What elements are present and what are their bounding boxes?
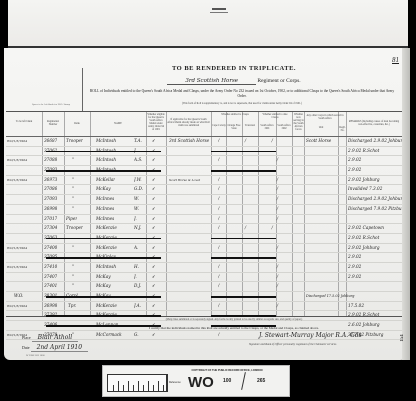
table-row: 37095 McKinlay ✓ 2.9.02 <box>6 253 402 263</box>
row-number: 36973 <box>44 176 57 185</box>
row-number: 36998 <box>44 205 57 214</box>
row-number: 37410 <box>44 263 57 272</box>
place-line: Place Blair Atholl <box>22 334 78 341</box>
row-number: 37401 <box>44 282 57 291</box>
place-value: Blair Atholl <box>32 334 79 342</box>
header-regimental-number: Regimental Number <box>43 120 63 126</box>
row-name: McInnes <box>96 215 114 224</box>
certification-text: I certify that the individuals named in … <box>84 326 384 330</box>
officer-signature: J. Stewart-Murray Major R.A. Gds <box>259 332 362 339</box>
row-number: 37400 <box>44 244 57 253</box>
roll-description: ROLL of Individuals entitled to the Quee… <box>86 89 398 99</box>
table-row: 37062 McIntosh J. ✓ 2.9.02 R.Schot <box>6 147 402 157</box>
row-rank: " <box>72 185 74 194</box>
archive-reference-strip: COPYRIGHT OF THE PUBLIC RECORD OFFICE, L… <box>102 365 290 397</box>
regiment-name: 3rd Scottish Horse <box>167 78 256 85</box>
row-clasps: / / <box>218 273 288 282</box>
row-note: WO/1/3/1904 <box>7 137 41 146</box>
row-number: 37407 <box>44 273 57 282</box>
roll-table: To be left blank Regimental Number Rank … <box>6 111 402 317</box>
row-remarks: 17.5.02 <box>348 302 402 311</box>
strikethrough-line <box>211 170 276 172</box>
row-note: WO/1/3/1904 <box>7 263 41 272</box>
row-remarks: 2.9.02 <box>348 156 402 165</box>
row-remarks: 2.9.02 <box>348 166 402 175</box>
strikethrough-line <box>46 257 161 259</box>
table-header: To be left blank Regimental Number Rank … <box>6 112 402 137</box>
row-remarks: Discharged 7.9.02 Pitzburg <box>348 205 402 214</box>
row-remarks: Invalided 7.3.02 <box>348 185 402 194</box>
table-row: 36998 " McInnes W. ✓ / / Discharged 7.9.… <box>6 205 402 215</box>
header-group-clasps: Whether entitled to Clasps <box>212 113 258 116</box>
page-stamp-number: 151 <box>400 334 405 342</box>
table-row: WO/1/3/1904 36998 Tpr. McKenzie J.A. ✓ /… <box>6 302 402 312</box>
row-remarks: 2.9.02 R.Schot <box>348 234 402 243</box>
row-rank: " <box>72 176 74 185</box>
row-note: WO/1/3/1904 <box>7 176 41 185</box>
header-sa-1901: South Africa 1901 <box>259 124 275 130</box>
sheet-mark <box>212 8 226 10</box>
row-rank: " <box>72 282 74 291</box>
row-remarks: 2.9.02 R.Schot <box>348 147 402 156</box>
page-edge <box>402 48 410 360</box>
row-clasps: / / / <box>218 224 288 233</box>
document-title: TO BE RENDERED IN TRIPLICATE. <box>84 65 384 72</box>
row-clasps: / / <box>218 205 288 214</box>
row-number: 37304 <box>44 224 57 233</box>
row-initials: A. <box>134 244 138 253</box>
row-eligible-tick: ✓ <box>152 273 156 282</box>
row-remarks: 2.9.02 <box>348 263 402 272</box>
row-name: McIntosh <box>96 156 116 165</box>
row-initials: G.D. <box>134 185 143 194</box>
table-row: WO/1/3/1904 36973 " McKellar J.W. ✓ Scot… <box>6 176 402 186</box>
copyright-header: COPYRIGHT OF THE PUBLIC RECORD OFFICE, L… <box>167 369 287 372</box>
row-number: 37093 <box>44 195 57 204</box>
row-eligible-tick: ✓ <box>152 215 156 224</box>
row-initials: H. <box>134 263 139 272</box>
row-initials: W. <box>134 205 139 214</box>
row-note: W.O. <box>14 292 23 301</box>
table-row: 37093 McIntosh ✓ 2.9.02 <box>6 166 402 176</box>
table-row: WO/1/3/1904 37400 " McKenzie A. ✓ / / 2.… <box>6 244 402 254</box>
row-eligible-tick: ✓ <box>152 205 156 214</box>
row-note: WO/1/3/1904 <box>7 302 41 311</box>
row-initials: J. <box>134 273 137 282</box>
reference-label: Reference: <box>169 381 181 384</box>
row-rank: Tpr. <box>68 302 76 311</box>
footer-note: (Many lines submitted or in separately s… <box>84 318 384 321</box>
strikethrough-line <box>46 296 161 298</box>
row-initials: J.A. <box>134 302 141 311</box>
header-group-date-clasps: Whether entitled to date Clasps <box>259 113 291 119</box>
row-initials: A.S. <box>134 156 142 165</box>
regiment-label: Regiment or Corps. <box>257 78 300 84</box>
row-eligible-tick: ✓ <box>152 176 156 185</box>
date-line: Date 2nd April 1910 <box>22 344 88 351</box>
header-unit: Unit <box>305 126 337 129</box>
header-previous-roll: If applicable for the Queen's South Afri… <box>167 118 210 127</box>
row-initials: G. <box>134 331 139 340</box>
overlying-sheet-edge <box>8 0 408 48</box>
strikethrough-line <box>211 151 276 153</box>
header-group-other-corps: Any other Corps in which served in South… <box>305 114 345 120</box>
medal-roll-page: 81 Space to be left blank for W.O. Stamp… <box>4 48 410 360</box>
folio-number: 81 <box>392 56 399 64</box>
header-rank: Rank <box>65 122 89 125</box>
row-clasps: / / <box>218 176 288 185</box>
row-rank: " <box>72 273 74 282</box>
header-name: NAME <box>91 122 145 125</box>
header-remarks: REMARKS (Including causes of men becomin… <box>347 120 401 126</box>
header-regtl-no: Regtl. No. <box>339 126 346 132</box>
row-eligible-tick: ✓ <box>152 137 156 146</box>
row-number: 37017 <box>44 215 57 224</box>
row-remarks: 2.9.02 <box>348 253 402 262</box>
row-eligible-tick: ✓ <box>152 331 156 340</box>
row-clasps: / / <box>218 195 288 204</box>
roll-note: (This form of Roll is supplementary to, … <box>86 102 398 105</box>
row-rank: " <box>72 244 74 253</box>
row-clasps: / / <box>218 302 288 311</box>
row-rank: " <box>72 205 74 214</box>
strikethrough-line <box>46 238 161 240</box>
strikethrough-line <box>46 170 161 172</box>
table-row: 37017 Piper McInnes J. ✓ / / <box>6 215 402 225</box>
row-name: McKenzie <box>96 302 117 311</box>
row-name: McIntosh <box>96 263 116 272</box>
row-name: McKay <box>96 282 111 291</box>
row-initials: D.J. <box>134 282 141 291</box>
regiment-line: 3rd Scottish Horse Regiment or Corps. <box>84 78 384 84</box>
row-clasps: / / <box>218 263 288 272</box>
row-clasps: / / <box>218 185 288 194</box>
row-remarks: 2.9.02 Capetown <box>348 224 402 233</box>
row-number: 36998 <box>44 302 57 311</box>
table-row: WO/1/3/1904 37410 " McIntosh H. ✓ / / 2.… <box>6 263 402 273</box>
scale-ruler <box>107 374 167 392</box>
table-row: 37401 " McKay D.J. ✓ / / <box>6 282 402 292</box>
header-blank: To be left blank <box>8 120 40 123</box>
row-remarks: Discharged 2.9.02 Johburg <box>348 137 402 146</box>
row-clasps: / / / <box>218 137 288 146</box>
row-initials: W. <box>134 195 139 204</box>
wo-stamp-note: Space to be left blank for W.O. Stamp <box>24 103 78 106</box>
strikethrough-line <box>211 315 276 317</box>
header-eligible: Whether eligible for the Queen's South A… <box>147 113 165 131</box>
row-number: 37086 <box>44 185 57 194</box>
reference-piece: 100 <box>223 378 231 384</box>
row-name: McKenzie <box>96 224 117 233</box>
row-remarks: Discharged 17.5.02 Johburg <box>306 292 402 301</box>
reference-slash <box>241 372 246 390</box>
row-rank: " <box>72 156 74 165</box>
row-number: 37088 <box>44 156 57 165</box>
row-rank: " <box>72 263 74 272</box>
header-cape-colony: Cape Colony <box>212 124 226 127</box>
table-row: 37093 " McInnes W. ✓ / / Discharged 2.9.… <box>6 195 402 205</box>
row-name: McKenzie <box>96 244 117 253</box>
reference-item: 265 <box>257 378 265 384</box>
row-eligible-tick: ✓ <box>152 244 156 253</box>
row-name: McKay <box>96 273 111 282</box>
row-initials: J. <box>134 215 137 224</box>
table-row: WO/1/3/1904 36687 Trooper McIntosh T.A. … <box>6 137 402 147</box>
row-note: WO/1/3/1904 <box>7 244 41 253</box>
table-row: W.O. 38301 Corpl McKay ✓ Discharged 17.5… <box>6 292 402 302</box>
stamp-box-divider <box>82 68 83 111</box>
row-eligible-tick: ✓ <box>152 263 156 272</box>
place-label: Place <box>22 335 31 340</box>
row-name: McInnes <box>96 195 114 204</box>
strikethrough-line <box>46 151 161 153</box>
header-orange-free-state: Orange Free State <box>227 124 241 130</box>
row-rank: " <box>72 195 74 204</box>
table-row: 37063 McKenzie ✓ 2.9.02 R.Schot <box>6 234 402 244</box>
table-row: 37304 Trooper McKenzie N.J. ✓ / / / 2.9.… <box>6 224 402 234</box>
row-name: McIntosh <box>96 137 116 146</box>
row-clasps: / / <box>218 282 288 291</box>
row-roll: 3rd Scottish Horse <box>169 137 209 146</box>
row-eligible-tick: ✓ <box>152 224 156 233</box>
row-rank: Trooper <box>66 137 83 146</box>
strikethrough-line <box>211 296 276 298</box>
date-label: Date <box>22 345 30 350</box>
row-eligible-tick: ✓ <box>152 195 156 204</box>
row-clasps: / / <box>218 156 288 165</box>
row-remarks: 2.9.02 Johburg <box>348 176 402 185</box>
row-number: 36687 <box>44 137 57 146</box>
row-remarks: Discharged 2.9.02 Johburg <box>348 195 402 204</box>
row-eligible-tick: ✓ <box>152 156 156 165</box>
row-clasps: / / <box>218 215 288 224</box>
row-clasps: / / <box>218 244 288 253</box>
row-eligible-tick: ✓ <box>152 185 156 194</box>
row-name: McKay <box>96 185 111 194</box>
row-remarks: 2.9.02 <box>348 273 402 282</box>
print-code: W 2280 2/02 1000 <box>26 354 45 357</box>
date-value: 2nd April 1910 <box>31 344 89 352</box>
signature-caption: Signature and Rank of Officer personally… <box>249 343 337 346</box>
row-name: McKellar <box>96 176 115 185</box>
row-rank: Trooper <box>66 224 83 233</box>
header-sa-1902: South Africa 1902 <box>277 124 291 130</box>
strip-divider <box>167 374 168 392</box>
row-remarks: 2.9.02 Johburg <box>348 244 402 253</box>
table-row: 37086 " McKay G.D. ✓ / / Invalided 7.3.0… <box>6 185 402 195</box>
row-name: McCormack <box>96 331 122 340</box>
header-transvaal: Transvaal <box>243 124 257 127</box>
row-name: McInnes <box>96 205 114 214</box>
table-row: 37407 " McKay J. ✓ / / 2.9.02 <box>6 273 402 283</box>
row-note: WO/1/3/1904 <box>7 156 41 165</box>
row-initials: T.A. <box>134 137 142 146</box>
row-eligible-tick: ✓ <box>152 282 156 291</box>
header-now-serving: Whether now serving in the South African… <box>293 113 304 131</box>
reference-series: WO <box>188 374 214 391</box>
row-roll: Scott Horse & Lovat <box>169 176 209 185</box>
row-unit: Scott Horse <box>306 137 338 146</box>
table-row: WO/1/3/1904 37088 " McIntosh A.S. ✓ / / … <box>6 156 402 166</box>
row-initials: N.J. <box>134 224 141 233</box>
strikethrough-line <box>211 257 276 259</box>
table-body: WO/1/3/1904 36687 Trooper McIntosh T.A. … <box>6 137 402 340</box>
row-initials: J.W. <box>134 176 142 185</box>
row-eligible-tick: ✓ <box>152 302 156 311</box>
strikethrough-line <box>211 238 276 240</box>
strikethrough-line <box>46 315 161 317</box>
sheet-mark <box>210 12 228 13</box>
row-rank: Piper <box>66 215 77 224</box>
